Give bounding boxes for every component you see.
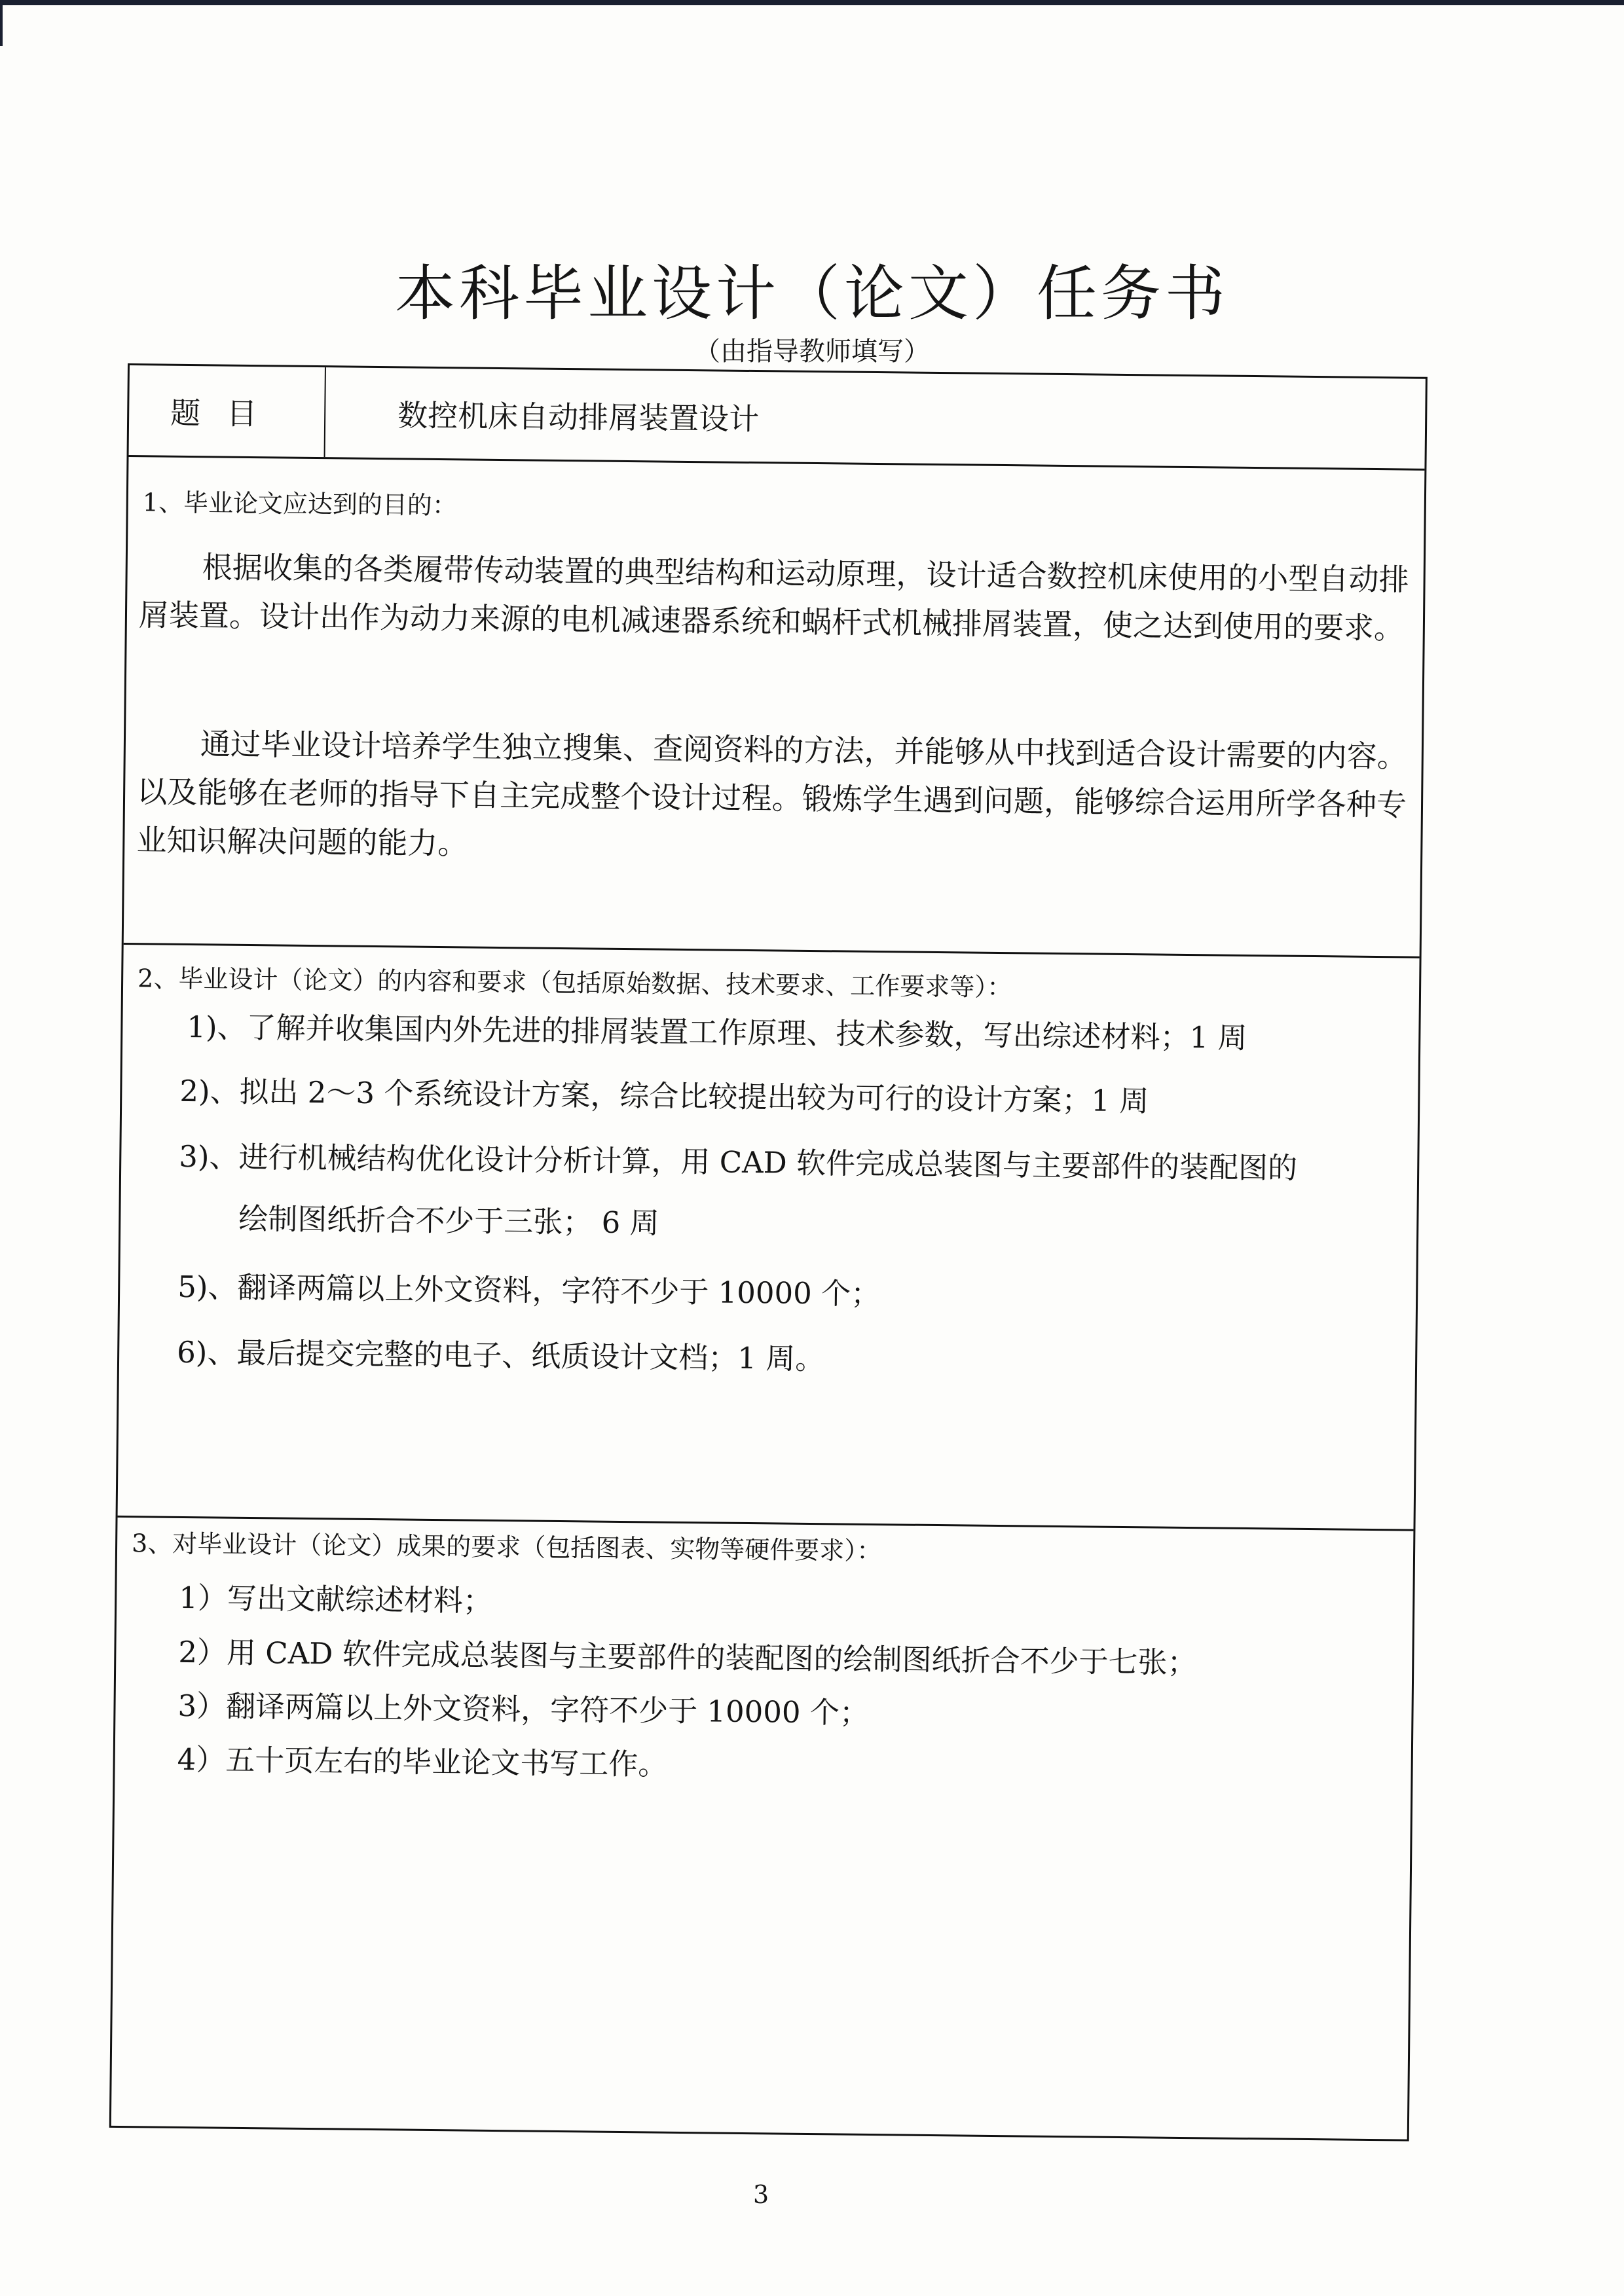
paragraph: 根据收集的各类履带传动装置的典型结构和运动原理，设计适合数控机床使用的小型自动排… [139,542,1409,652]
topic-row: 题目 数控机床自动排屑装置设计 [129,365,1426,471]
list-item: 5)、翻译两篇以上外文资料，字符不少于 10000 个； [177,1263,881,1313]
list-item: 2)、拟出 2～3 个系统设计方案，综合比较提出较为可行的设计方案；1 周 [179,1067,1149,1120]
section-deliverables: 3、对毕业设计（论文）成果的要求（包括图表、实物等硬件要求）： 1）写出文献综述… [111,1518,1414,2143]
scan-edge [0,0,1624,5]
list-item: 6)、最后提交完整的电子、纸质设计文档；1 周。 [177,1328,825,1377]
list-item: 3)、进行机械结构优化设计分析计算，用 CAD 软件完成总装图与主要部件的装配图… [179,1133,1297,1187]
section-content-requirements: 2、毕业设计（论文）的内容和要求（包括原始数据、技术要求、工作要求等）： 1)、… [118,945,1420,1531]
task-table: 题目 数控机床自动排屑装置设计 1、毕业论文应达到的目的： 根据收集的各类履带传… [109,363,1428,2141]
topic-label: 题目 [129,365,326,457]
section-heading: 2、毕业设计（论文）的内容和要求（包括原始数据、技术要求、工作要求等）： [138,958,1012,1003]
list-item: 2）用 CAD 软件完成总装图与主要部件的装配图的绘制图纸折合不少于七张； [178,1628,1197,1681]
topic-value: 数控机床自动排屑装置设计 [397,368,760,462]
list-item: 1)、了解并收集国内外先进的排屑装置工作原理、技术参数，写出综述材料；1 周 [187,1003,1247,1057]
document-subtitle: （由指导教师填写） [0,331,1624,368]
paragraph: 通过毕业设计培养学生独立搜集、查阅资料的方法，并能够从中找到适合设计需要的内容。… [136,719,1407,877]
scan-edge-left [0,0,3,46]
document-title: 本科毕业设计（论文）任务书 [0,246,1624,332]
list-item: 1）写出文献综述材料； [179,1574,492,1620]
page-number: 3 [753,2180,769,2209]
list-item-continuation: 绘制图纸折合不少于三张； 6 周 [238,1195,659,1242]
list-item: 4）五十页左右的毕业论文书写工作。 [177,1736,667,1783]
list-item: 3）翻译两篇以上外文资料，字符不少于 10000 个； [177,1682,869,1732]
section-heading: 1、毕业论文应达到的目的： [143,482,458,521]
section-objectives: 1、毕业论文应达到的目的： 根据收集的各类履带传动装置的典型结构和运动原理，设计… [124,457,1425,958]
section-heading: 3、对毕业设计（论文）成果的要求（包括图表、实物等硬件要求）： [132,1523,882,1567]
